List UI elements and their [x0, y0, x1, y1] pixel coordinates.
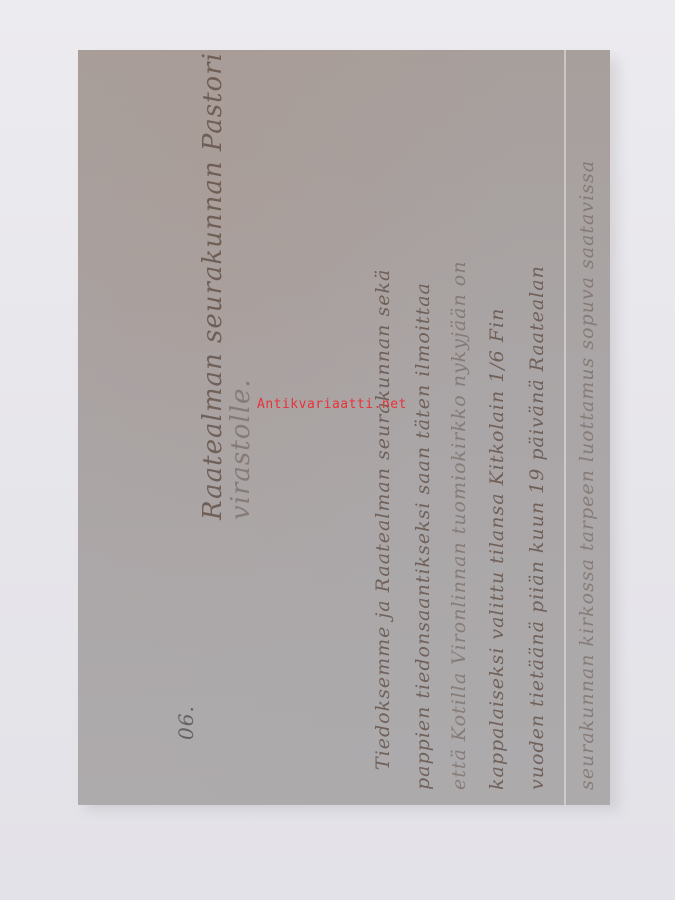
cover-body-line: Tiedoksemme ja Raatealman seurakunnan se… [372, 269, 394, 770]
cover-body-line: vuoden tietäänä piiän kuun 19 päivänä Ra… [526, 265, 548, 790]
cover-body-line: että Kotilla Vironlinnan tuomiokirkko ny… [448, 261, 470, 790]
cover-title-line-2: virastolle. [226, 378, 256, 520]
cover-title-line-1: Raatealman seurakunnan Pastorin [198, 50, 228, 520]
cover-body-line: pappien tiedonsaantikseksi saan täten il… [412, 282, 434, 790]
cover-body-line: seurakunnan kirkossa tarpeen luottamus s… [576, 160, 598, 790]
cover-body-line: kappalaiseksi valittu tilansa Kitkolain … [486, 308, 508, 790]
watermark-text: Antikvariaatti.net [257, 397, 407, 412]
book-cover: Raatealman seurakunnan Pastorin virastol… [78, 50, 610, 805]
cover-fold-line [564, 50, 566, 805]
cover-number: 06. [174, 705, 198, 740]
